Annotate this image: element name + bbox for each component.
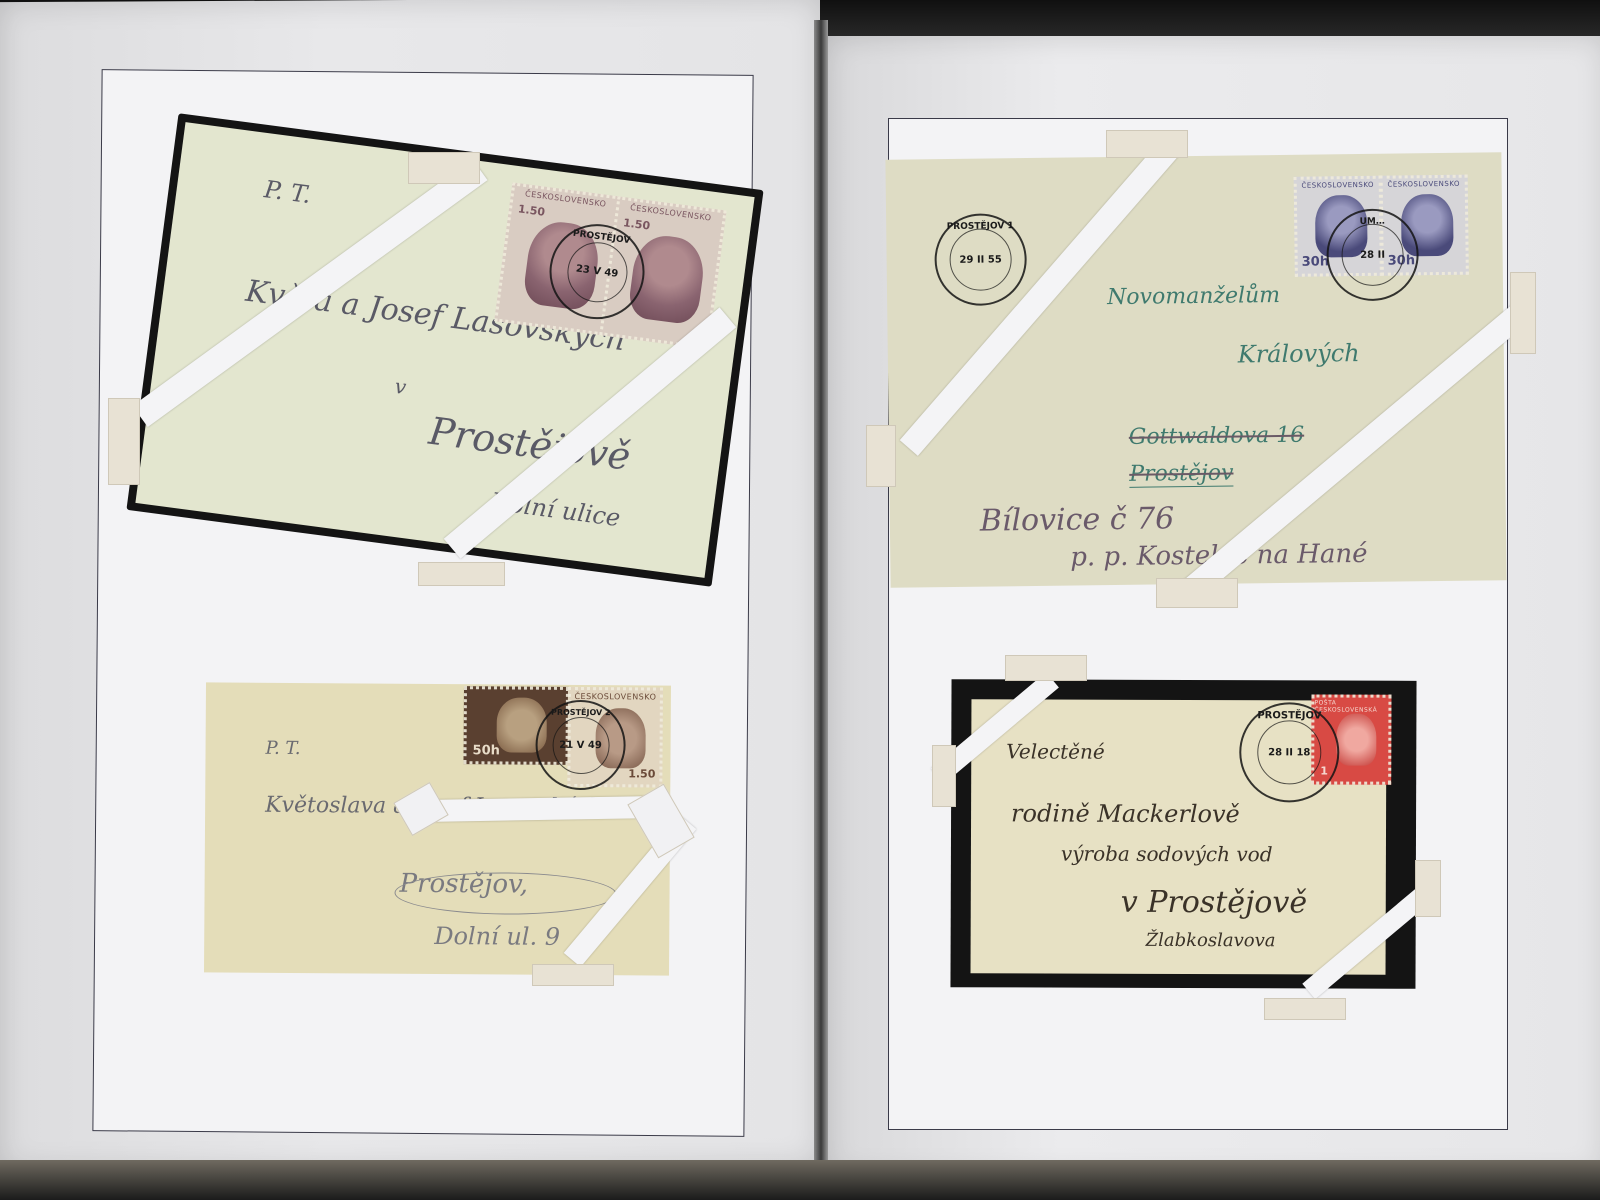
postmark: PROSTĚJOV 1 29 II 55	[934, 213, 1027, 306]
address-line-struck: Prostějov	[1129, 461, 1234, 488]
mount-hinge	[532, 964, 614, 986]
mount-hinge	[866, 425, 896, 487]
album-spine-gutter	[814, 20, 828, 1200]
postmark: PROSTĚJOV 28 II 18	[1239, 702, 1339, 802]
mount-hinge	[932, 745, 956, 807]
underline-oval	[394, 872, 616, 916]
address-line: Dolní ul. 9	[434, 922, 560, 951]
address-line: Novomanželům	[1107, 283, 1280, 310]
address-line: Králových	[1238, 339, 1360, 368]
address-line: Bílovice č 76	[980, 501, 1175, 538]
mount-hinge	[1156, 578, 1238, 608]
mount-hinge	[1264, 998, 1346, 1020]
mount-hinge	[1510, 272, 1536, 354]
postmark: PROSTĚJOV 2 21 V 49	[535, 700, 626, 791]
address-line: v Prostějově	[1121, 885, 1307, 921]
mount-hinge	[1106, 130, 1188, 158]
address-line: Velectěné	[1006, 739, 1105, 763]
album-bottom-edge	[0, 1160, 1600, 1200]
cover-mourning-masaryk[interactable]: Velectěné rodině Mackerlově výroba sodov…	[950, 679, 1416, 989]
mount-hinge	[408, 152, 480, 184]
address-line: rodině Mackerlově	[1011, 799, 1240, 828]
mount-hinge	[1415, 860, 1441, 917]
address-line-struck: Gottwaldova 16	[1129, 423, 1305, 450]
address-line: Žlabkoslavova	[1146, 930, 1276, 951]
postmark: UM… 28 II	[1326, 208, 1419, 301]
mount-hinge	[108, 398, 140, 485]
address-line: P. T.	[265, 738, 300, 759]
address-line: výroba sodových vod	[1061, 842, 1273, 867]
address-line: P. T.	[263, 175, 313, 209]
mount-hinge	[418, 562, 505, 586]
mount-hinge	[1005, 655, 1087, 681]
